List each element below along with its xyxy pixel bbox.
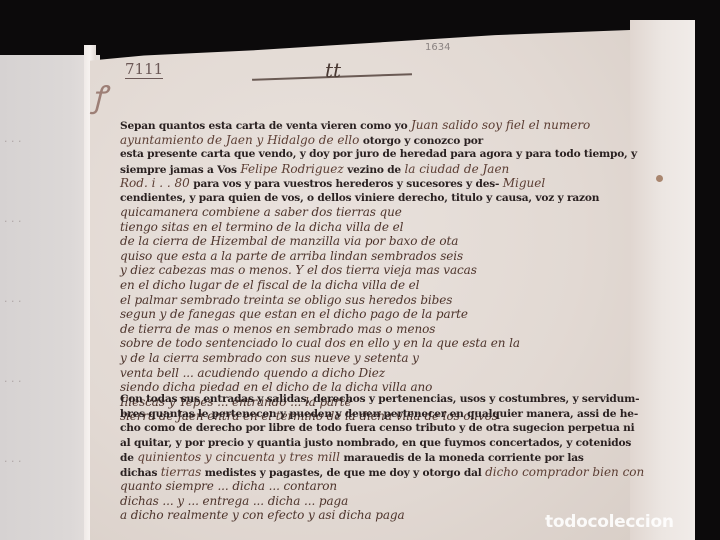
handwritten-line: sobre de todo sentenciado lo cual dos en… — [120, 336, 590, 351]
printed-text: Sepan quantos esta carta de venta vieren… — [120, 120, 407, 132]
handwritten-text: quinientos y cincuenta y tres mill — [137, 450, 340, 464]
handwritten-line: quiso que esta a la parte de arriba lind… — [120, 249, 590, 264]
watermark: todocoleccion — [545, 512, 674, 532]
handwritten-line: tiengo sitas en el termino de la dicha v… — [120, 220, 590, 235]
handwritten-line: venta bell ... acudiendo quendo a dicho … — [120, 366, 590, 381]
printed-text: medistes y pagastes, de que me doy y oto… — [205, 467, 482, 479]
text-line: cendientes, y para quien de vos, o dello… — [120, 191, 590, 206]
handwritten-line: y de la cierra sembrado con sus nueve y … — [120, 351, 590, 366]
handwritten-line: segun y de fanegas que estan en el dicho… — [120, 307, 590, 322]
printed-text: vezino de — [347, 164, 401, 176]
pencil-year-note: 1634 — [425, 42, 450, 53]
printed-text: cendientes, y para quien de vos, o dello… — [120, 192, 599, 204]
printed-text: otorgo y conozco por — [363, 135, 483, 147]
text-line: de quinientos y cincuenta y tres mill ma… — [120, 450, 640, 465]
text-line: bres quantas le pertenecen y pueden y de… — [120, 407, 640, 422]
ghost-text: · · · — [4, 295, 21, 308]
handwritten-line: el palmar sembrado treinta se obligo sus… — [120, 293, 590, 308]
text-line: siempre jamas a Vos Felipe Rodriguez vez… — [120, 162, 590, 177]
handwritten-text: Miguel — [503, 176, 545, 190]
handwritten-line: en el dicho lugar de el fiscal de la dic… — [120, 278, 590, 293]
handwritten-text: Rod. i . . 80 — [120, 176, 190, 190]
printed-text: esta presente carta que vendo, y doy por… — [120, 148, 637, 160]
ink-stain — [656, 175, 663, 182]
printed-text: para vos y para vuestros herederos y suc… — [193, 178, 499, 190]
text-line: Con todas sus entradas y salidas, derech… — [120, 392, 640, 407]
section-printed-opening: Sepan quantos esta carta de venta vieren… — [120, 118, 590, 424]
handwritten-text: la ciudad de Jaen — [404, 162, 509, 176]
handwritten-text: Felipe Rodriguez — [240, 162, 343, 176]
handwritten-text: Juan salido soy fiel el numero — [411, 118, 590, 132]
handwritten-line: y diez cabezas mas o menos. Y el dos tie… — [120, 263, 590, 278]
handwritten-line: quicamanera combiene a saber dos tierras… — [120, 205, 590, 220]
handwritten-line: quanto siempre ... dicha ... contaron — [120, 479, 640, 494]
handwritten-line: dichas ... y ... entrega ... dicha ... p… — [120, 494, 640, 509]
handwritten-line: de tierra de mas o menos en sembrado mas… — [120, 322, 590, 337]
printed-text: de — [120, 452, 134, 464]
printed-text: dichas — [120, 467, 157, 479]
text-line: Rod. i . . 80 para vos y para vuestros h… — [120, 176, 590, 191]
handwritten-line: de la cierra de Hizembal de manzilla via… — [120, 234, 590, 249]
printed-text: marauedis de la moneda corriente por las — [343, 452, 583, 464]
notary-flourish-icon: ꝭ — [92, 75, 106, 116]
reference-number: 7111 — [125, 60, 163, 79]
text-line: al quitar, y por precio y quantia justo … — [120, 436, 640, 451]
ghost-text: · · · — [4, 215, 21, 228]
text-line: dichas tierras medistes y pagastes, de q… — [120, 465, 640, 480]
section-printed-clauses: Con todas sus entradas y salidas, derech… — [120, 392, 640, 523]
handwritten-text: tierras — [161, 465, 202, 479]
printed-text: siempre jamas a Vos — [120, 164, 237, 176]
text-line: esta presente carta que vendo, y doy por… — [120, 147, 590, 162]
text-line: Sepan quantos esta carta de venta vieren… — [120, 118, 590, 133]
text-line: ayuntamiento de Jaen y Hidalgo de ello o… — [120, 133, 590, 148]
ghost-text: · · · — [4, 375, 21, 388]
handwritten-text: ayuntamiento de Jaen y Hidalgo de ello — [120, 133, 359, 147]
handwritten-text: dicho comprador bien con — [485, 465, 644, 479]
folio-mark: tt — [325, 58, 341, 82]
ghost-text: · · · — [4, 135, 21, 148]
ghost-text: · · · — [4, 455, 21, 468]
text-line: cho como de derecho por libre de todo fu… — [120, 421, 640, 436]
